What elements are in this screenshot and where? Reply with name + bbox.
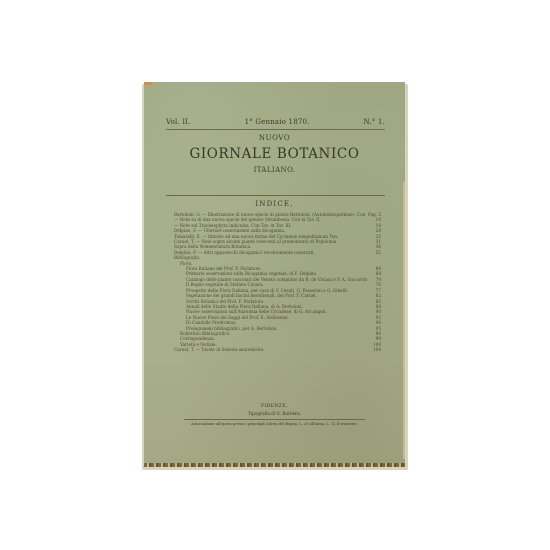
- toc-entry-title: Caruel, T. — Tavole di Sezioni anatomich…: [174, 347, 264, 352]
- imprint-rule: [184, 419, 365, 420]
- imprint-city: FIRENZE,: [144, 404, 405, 409]
- toc-entry-page: 104: [367, 347, 381, 352]
- page-right-edge: [403, 182, 405, 459]
- issue-header: Vol. II. 1° Gennaio 1870. N.° 1.: [166, 118, 385, 126]
- imprint-note: Associazione all'opera presso i principa…: [144, 422, 405, 426]
- title-rule: [166, 195, 385, 196]
- table-of-contents: Bertoloni, G. — Illustrazione di nuove s…: [174, 212, 381, 353]
- page-bottom-edge: [144, 463, 405, 467]
- masthead-line-1: NUOVO: [144, 134, 405, 142]
- toc-entry: Caruel, T. — Tavole di Sezioni anatomich…: [174, 347, 381, 352]
- journal-title: GIORNALE BOTANICO: [144, 146, 405, 162]
- journal-cover-page: Vol. II. 1° Gennaio 1870. N.° 1. NUOVO G…: [144, 82, 405, 467]
- page-corner-wear: [144, 82, 152, 85]
- index-heading: INDICE.: [144, 200, 405, 208]
- masthead-line-3: ITALIANO.: [144, 166, 405, 174]
- volume-label: Vol. II.: [166, 118, 191, 126]
- issue-number: N.° 1.: [363, 118, 385, 126]
- header-rule: [166, 129, 385, 130]
- imprint-printer: Tipografia di G. Barbèra.: [144, 411, 405, 416]
- issue-date: 1° Gennaio 1870.: [245, 118, 310, 126]
